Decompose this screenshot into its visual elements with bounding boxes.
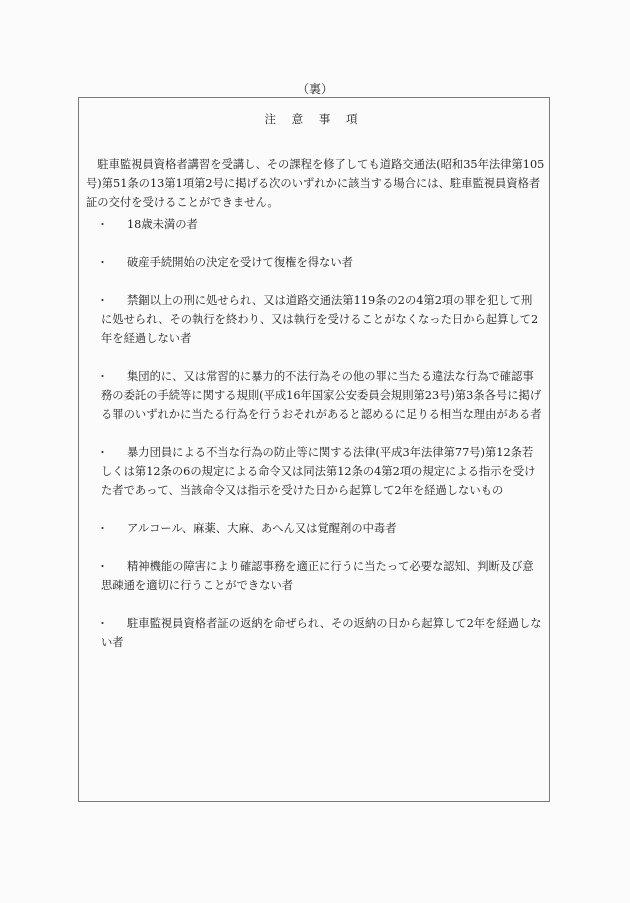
list-item-text: 18歳未満の者 — [101, 215, 543, 234]
list-item: ・ 集団的に、又は常習的に暴力的不法行為その他の罪に当たる違法な行為で確認事務の… — [79, 367, 551, 424]
notice-box: 注 意 事 項 駐車監視員資格者講習を受講し、その課程を修了しても道路交通法(昭… — [78, 97, 550, 802]
list-item-text: 破産手続開始の決定を受けて復権を得ない者 — [101, 253, 543, 272]
disqualification-list: ・ 18歳未満の者 ・ 破産手続開始の決定を受けて復権を得ない者 ・ 禁錮以上の… — [79, 215, 549, 652]
list-item-text: 精神機能の障害により確認事務を適正に行うに当たって必要な認知、判断及び意思疎通を… — [101, 557, 543, 595]
bullet-icon: ・ — [97, 614, 108, 633]
list-item-text: 集団的に、又は常習的に暴力的不法行為その他の罪に当たる違法な行為で確認事務の委託… — [101, 367, 543, 424]
notice-intro: 駐車監視員資格者講習を受講し、その課程を修了しても道路交通法(昭和35年法律第1… — [86, 155, 546, 212]
bullet-icon: ・ — [97, 291, 108, 310]
bullet-icon: ・ — [97, 519, 108, 538]
notice-title: 注 意 事 項 — [79, 111, 549, 127]
list-item: ・ 破産手続開始の決定を受けて復権を得ない者 — [79, 253, 551, 272]
list-item: ・ 暴力団員による不当な行為の防止等に関する法律(平成3年法律第77号)第12条… — [79, 443, 551, 500]
list-item-text: 暴力団員による不当な行為の防止等に関する法律(平成3年法律第77号)第12条若し… — [101, 443, 543, 500]
list-item: ・ アルコール、麻薬、大麻、あへん又は覚醒剤の中毒者 — [79, 519, 551, 538]
list-item-text: 駐車監視員資格者証の返納を命ぜられ、その返納の日から起算して2年を経過しない者 — [101, 614, 543, 652]
list-item-text: アルコール、麻薬、大麻、あへん又は覚醒剤の中毒者 — [101, 519, 543, 538]
bullet-icon: ・ — [97, 367, 108, 386]
list-item: ・ 18歳未満の者 — [79, 215, 551, 234]
list-item: ・ 精神機能の障害により確認事務を適正に行うに当たって必要な認知、判断及び意思疎… — [79, 557, 551, 595]
bullet-icon: ・ — [97, 215, 108, 234]
list-item: ・ 駐車監視員資格者証の返納を命ぜられ、その返納の日から起算して2年を経過しない… — [79, 614, 551, 652]
page-side-label: （裏） — [0, 80, 630, 97]
list-item-text: 禁錮以上の刑に処せられ、又は道路交通法第119条の2の4第2項の罪を犯して刑に処… — [101, 291, 543, 348]
list-item: ・ 禁錮以上の刑に処せられ、又は道路交通法第119条の2の4第2項の罪を犯して刑… — [79, 291, 551, 348]
bullet-icon: ・ — [97, 557, 108, 576]
bullet-icon: ・ — [97, 443, 108, 462]
bullet-icon: ・ — [97, 253, 108, 272]
